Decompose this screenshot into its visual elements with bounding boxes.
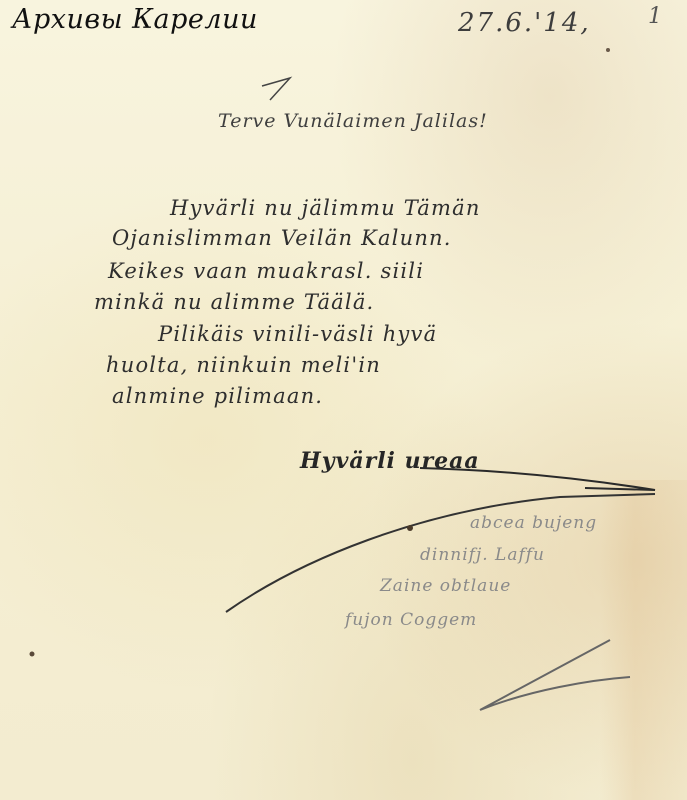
pencil-check-stroke [480, 640, 630, 710]
ink-speck [407, 525, 413, 531]
ink-speck [30, 652, 35, 657]
ink-speck [606, 48, 610, 52]
salutation-flourish-stroke [262, 78, 290, 100]
signature-flourish-stroke [420, 468, 655, 490]
pen-strokes [0, 0, 687, 800]
long-sweep-stroke [226, 494, 655, 612]
